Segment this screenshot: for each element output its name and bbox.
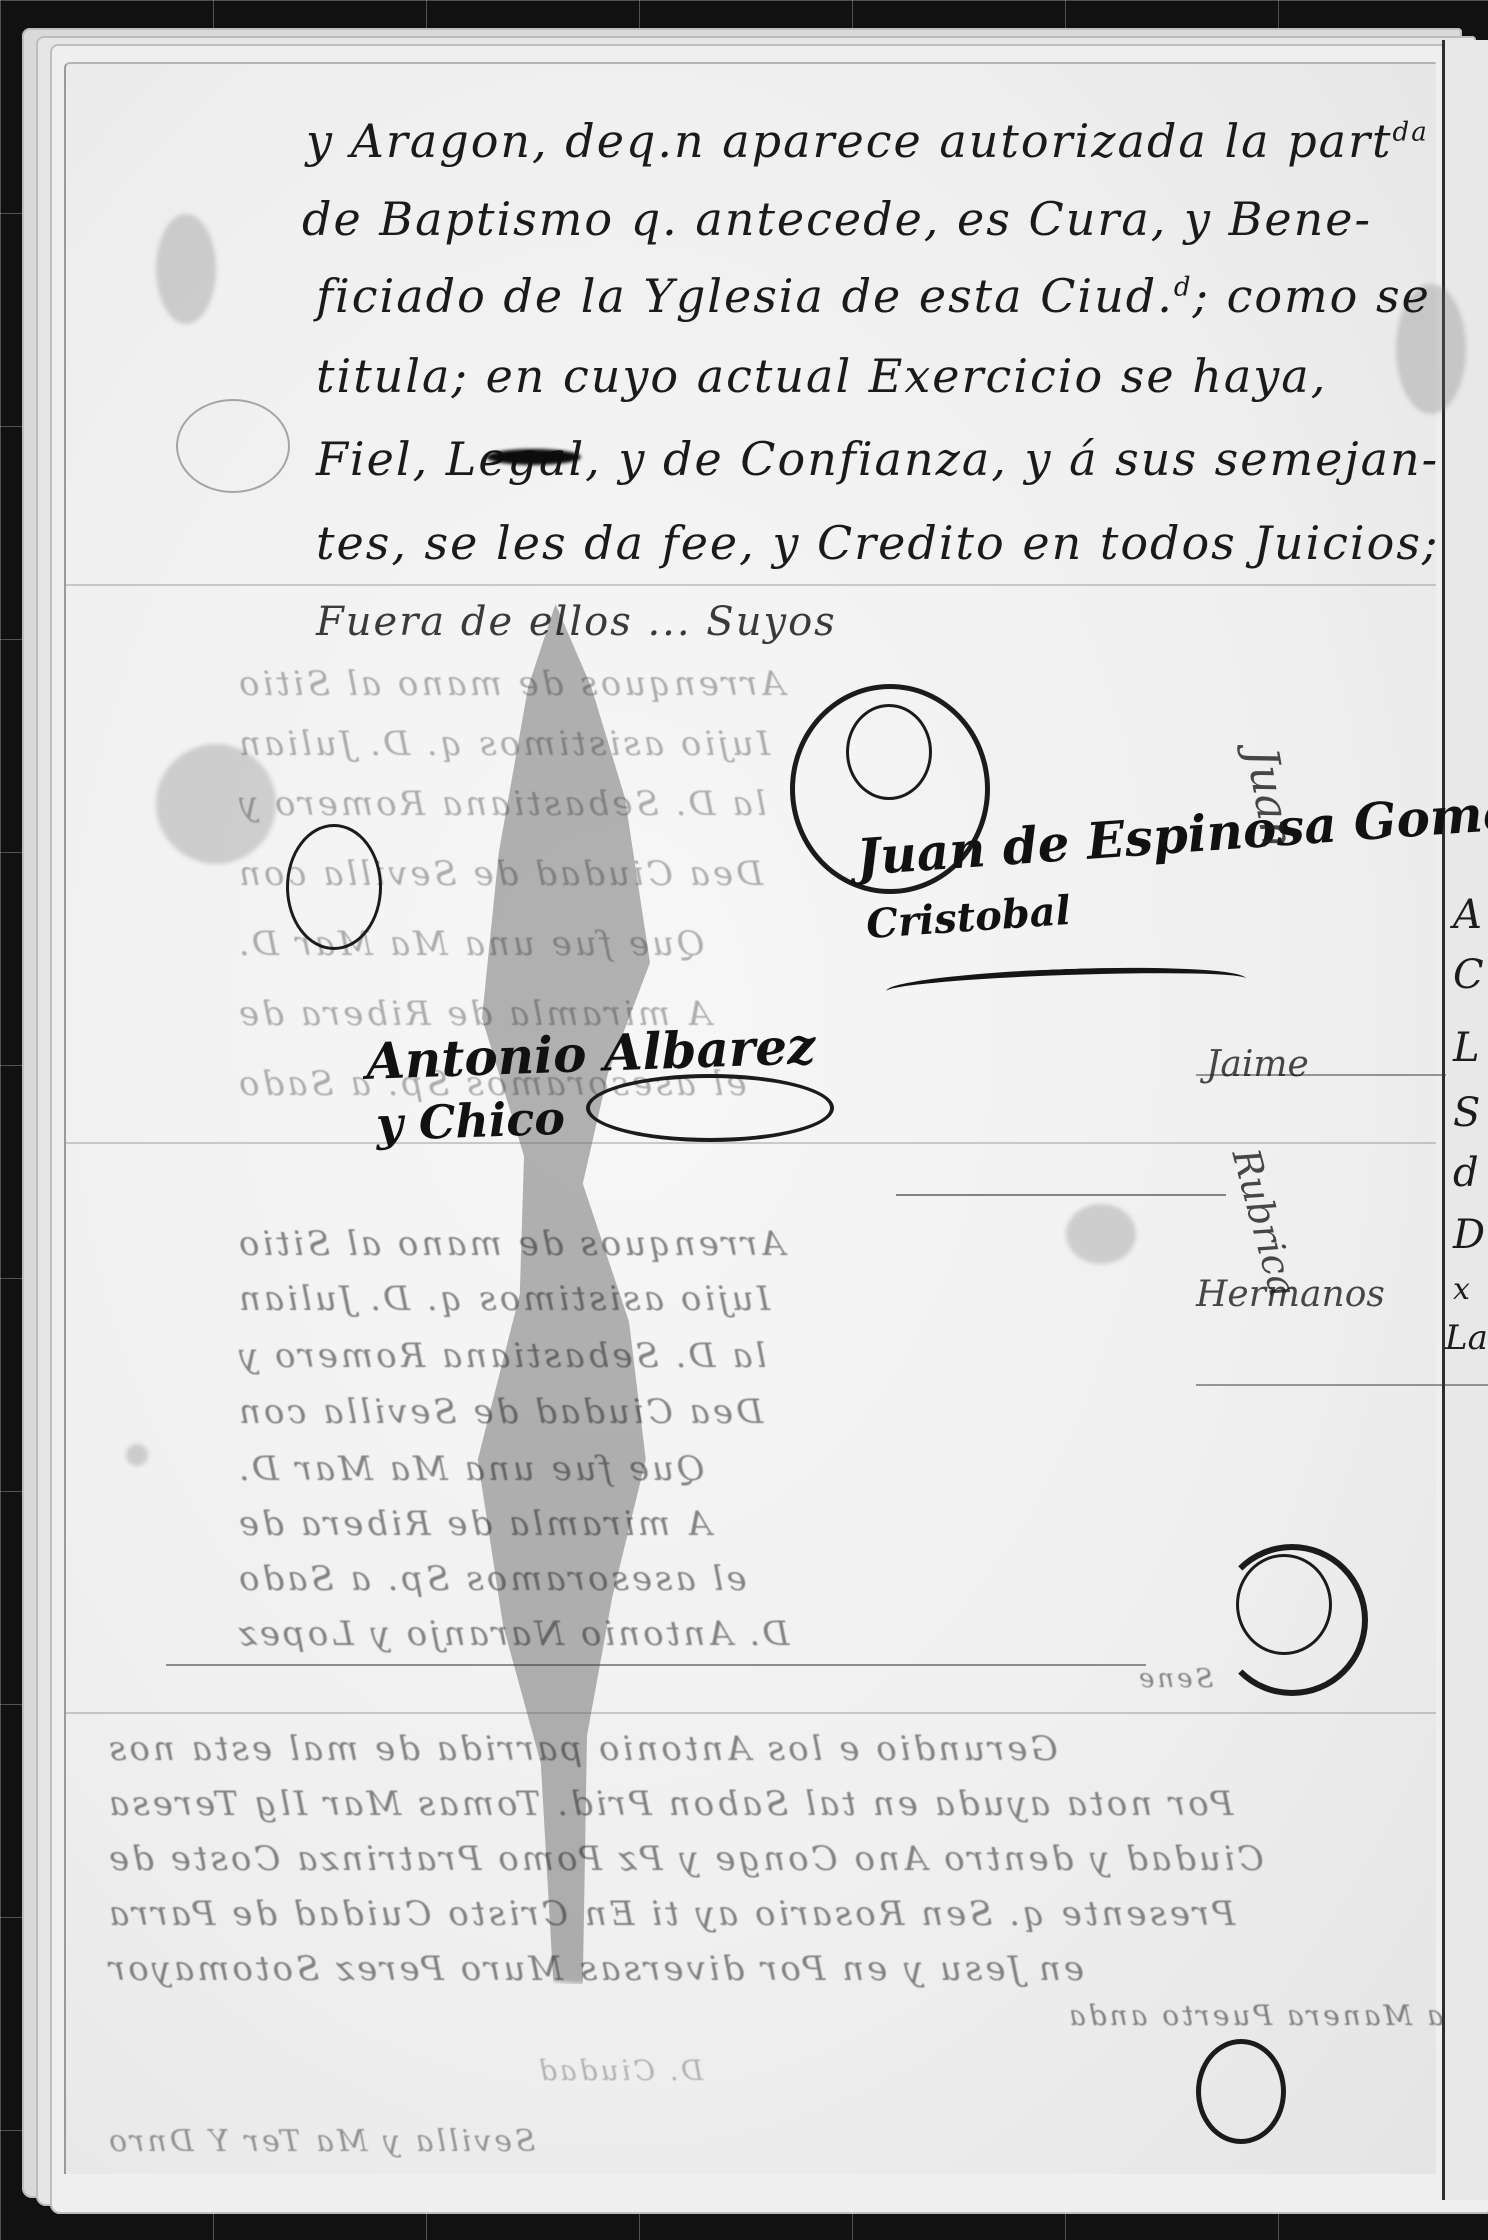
- bleed-through-line: Dea Ciudad de Sevilla con: [236, 1392, 763, 1432]
- water-stain: [126, 1444, 148, 1466]
- pencil-mark: [176, 399, 290, 493]
- superscript: d: [1174, 273, 1193, 303]
- signature-1-line2: Cristobal: [865, 887, 1073, 948]
- edge-letter: A: [1453, 892, 1482, 938]
- text-line-3: ficiado de la Yglesia de esta Ciud.d; co…: [316, 269, 1431, 323]
- text-line-5: Fiel, Legal, y de Confianza, y á sus sem…: [316, 432, 1439, 486]
- bleed-through-line: en Jesu y en Por diversas Muro Perez Sot…: [106, 1949, 1084, 1989]
- underline-rule: [896, 1194, 1226, 1196]
- text-line-7: Fuera de ellos ... Suyos: [316, 599, 837, 645]
- bleed-through-line: a Manera Puerto anda: [1066, 1999, 1444, 2032]
- text-line-content: de Baptismo q. antecede, es Cura, y Bene…: [302, 192, 1372, 246]
- fold-line: [66, 1712, 1436, 1714]
- bleed-through-line: Que fue una Ma Mar D.: [236, 1449, 705, 1489]
- fold-line: [66, 584, 1436, 586]
- text-line-1: y Aragon, deq.n aparece autorizada la pa…: [306, 114, 1429, 168]
- bleed-through-line: Iujio asistimos q. D. Julian: [236, 1279, 770, 1319]
- bleed-through-line: el asesoramos Sp. a Sado: [236, 1559, 747, 1599]
- edge-letter: C: [1453, 952, 1484, 998]
- edge-letter: S: [1453, 1090, 1480, 1136]
- bleed-through-line: Arrenquos de mano al Sitio: [236, 664, 785, 704]
- signature-2-line2: y Chico: [375, 1091, 566, 1152]
- bleed-through-line: Por nota ayuda en tal Sabon Prid. Tomas …: [106, 1784, 1233, 1824]
- text-line-tail: ; como se: [1192, 269, 1430, 323]
- text-line-4: titula; en cuyo actual Exercicio se haya…: [316, 349, 1327, 403]
- bleed-through-line: D. Antonio Naranjo y Lopez: [236, 1614, 789, 1654]
- manuscript-page: Arrenquos de mano al Sitio Iujio asistim…: [64, 62, 1436, 2174]
- underline-rule: [1196, 1384, 1488, 1386]
- text-line-content: titula; en cuyo actual Exercicio se haya…: [316, 349, 1327, 403]
- bleed-through-line: Sene: [1136, 1664, 1213, 1694]
- bleed-through-line: Gerundio e los Antonio parrida de mal es…: [106, 1729, 1058, 1769]
- signature-flourish: [286, 824, 382, 950]
- text-line-content: y Aragon, deq.n aparece autorizada la pa…: [306, 114, 1393, 168]
- bleed-through-line: Arrenquos de mano al Sitio: [236, 1224, 785, 1264]
- edge-letter: La: [1445, 1318, 1488, 1358]
- text-line-content: Fuera de ellos ... Suyos: [316, 599, 837, 645]
- bleed-through-line: A miramla de Ribera de: [236, 1504, 711, 1544]
- large-c-inner-loop: [1236, 1554, 1332, 1655]
- underline-rule: [166, 1664, 1146, 1666]
- signature-rubric: [886, 963, 1247, 1008]
- signature-flourish: [846, 704, 932, 800]
- ink-blot: [486, 449, 581, 465]
- text-line-2: de Baptismo q. antecede, es Cura, y Bene…: [302, 192, 1372, 246]
- fold-line: [66, 1142, 1436, 1144]
- water-stain: [1066, 1204, 1136, 1264]
- bleed-through-line: D. Ciudad: [536, 2054, 703, 2087]
- bleed-through-line: Sevilla y Ma Ter Y Dnro: [106, 2124, 536, 2159]
- bleed-through-line: Ciudad y dentro Ano Conge y Pz Pomo Prat…: [106, 1839, 1264, 1879]
- text-line-content: tes, se les da fee, y Credito en todos J…: [316, 516, 1439, 570]
- signature-flourish: [586, 1074, 834, 1142]
- bleed-through-line: Iujio asistimos q. D. Julian: [236, 724, 770, 764]
- edge-letter: d: [1453, 1150, 1479, 1196]
- edge-letter: D: [1453, 1212, 1485, 1258]
- margin-note: Jaime: [1206, 1044, 1309, 1085]
- edge-letter: L: [1453, 1025, 1480, 1071]
- text-line-6: tes, se les da fee, y Credito en todos J…: [316, 516, 1439, 570]
- superscript: da: [1393, 118, 1429, 148]
- bleed-through-line: la D. Sebastiana Romero y: [236, 784, 766, 824]
- text-line-content: ficiado de la Yglesia de esta Ciud.: [316, 269, 1174, 323]
- bleed-through-line: Presente q. Sen Rosario ay ti En Cristo …: [106, 1894, 1235, 1934]
- bleed-through-line: la D. Sebastiana Romero y: [236, 1336, 766, 1376]
- text-line-content: Fiel, Legal, y de Confianza, y á sus sem…: [316, 432, 1439, 486]
- edge-letter: x: [1453, 1272, 1470, 1307]
- bottom-flourish: [1196, 2039, 1286, 2144]
- water-stain: [156, 214, 216, 324]
